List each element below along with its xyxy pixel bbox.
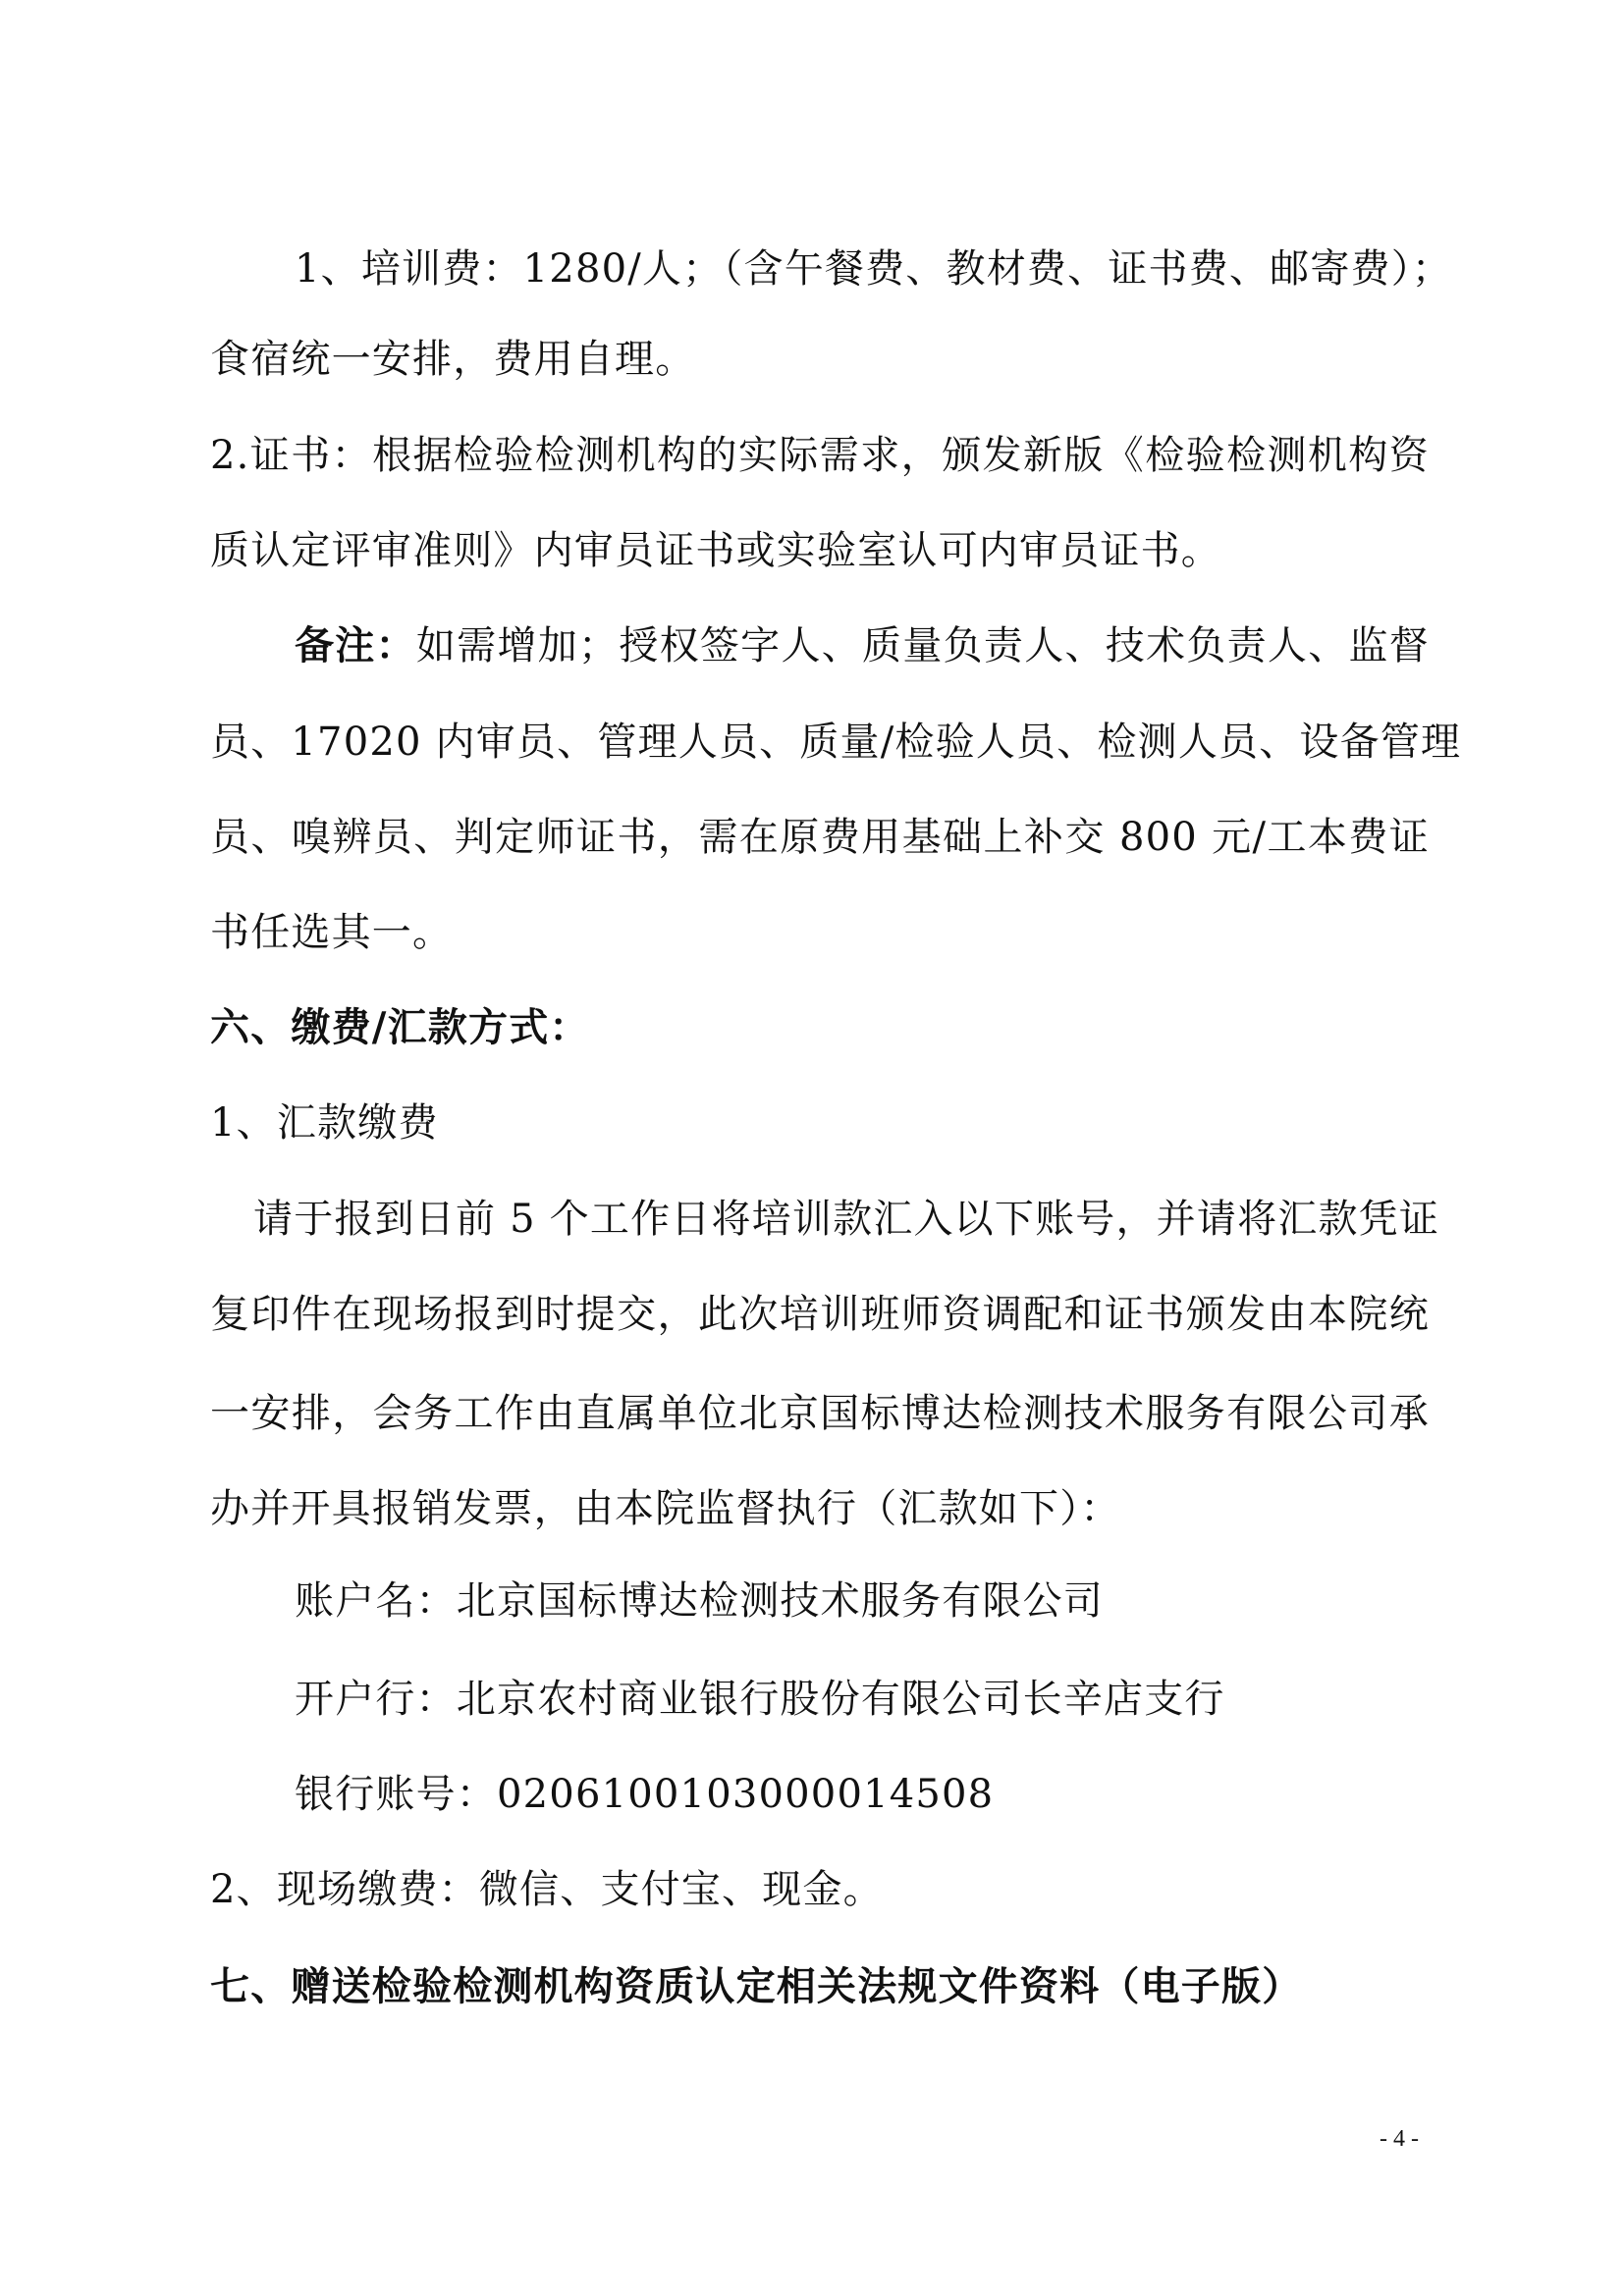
payment-method-1: 1、汇款缴费 [210, 1099, 1430, 1147]
payment-paragraph-cont-3: 办并开具报销发票，由本院监督执行（汇款如下）： [210, 1485, 1430, 1532]
note-paragraph-cont-3: 书任选其一。 [210, 909, 1430, 956]
note-text: 如需增加；授权签字人、质量负责人、技术负责人、监督 [416, 623, 1430, 668]
payment-paragraph: 请于报到日前 5 个工作日将培训款汇入以下账号，并请将汇款凭证 [253, 1196, 1430, 1243]
bank-name: 开户行：北京农村商业银行股份有限公司长辛店支行 [295, 1676, 1514, 1723]
note-label: 备注： [295, 622, 416, 668]
page-number: - 4 - [1380, 2126, 1419, 2153]
account-name: 账户名：北京国标博达检测技术服务有限公司 [295, 1577, 1514, 1625]
fee-item-1: 1、培训费：1280/人；（含午餐费、教材费、证书费、邮寄费）； [295, 245, 1430, 293]
note-paragraph: 备注：如需增加；授权签字人、质量负责人、技术负责人、监督 [295, 622, 1430, 669]
certificate-item: 2.证书：根据检验检测机构的实际需求，颁发新版《检验检测机构资 [210, 432, 1430, 479]
certificate-item-cont: 质认定评审准则》内审员证书或实验室认可内审员证书。 [210, 527, 1430, 574]
account-number: 银行账号：0206100103000014508 [295, 1771, 1514, 1818]
section-heading-gift: 七、赠送检验检测机构资质认定相关法规文件资料（电子版） [210, 1963, 1430, 2010]
note-paragraph-cont-1: 员、17020 内审员、管理人员、质量/检验人员、检测人员、设备管理 [210, 719, 1430, 766]
section-heading-payment: 六、缴费/汇款方式： [210, 1004, 1430, 1051]
payment-paragraph-cont-2: 一安排，会务工作由直属单位北京国标博达检测技术服务有限公司承 [210, 1390, 1430, 1437]
note-paragraph-cont-2: 员、嗅辨员、判定师证书，需在原费用基础上补交 800 元/工本费证 [210, 814, 1430, 861]
fee-item-1-cont: 食宿统一安排，费用自理。 [210, 336, 1430, 383]
payment-paragraph-cont-1: 复印件在现场报到时提交，此次培训班师资调配和证书颁发由本院统 [210, 1291, 1430, 1338]
payment-method-2: 2、现场缴费：微信、支付宝、现金。 [210, 1866, 1430, 1913]
